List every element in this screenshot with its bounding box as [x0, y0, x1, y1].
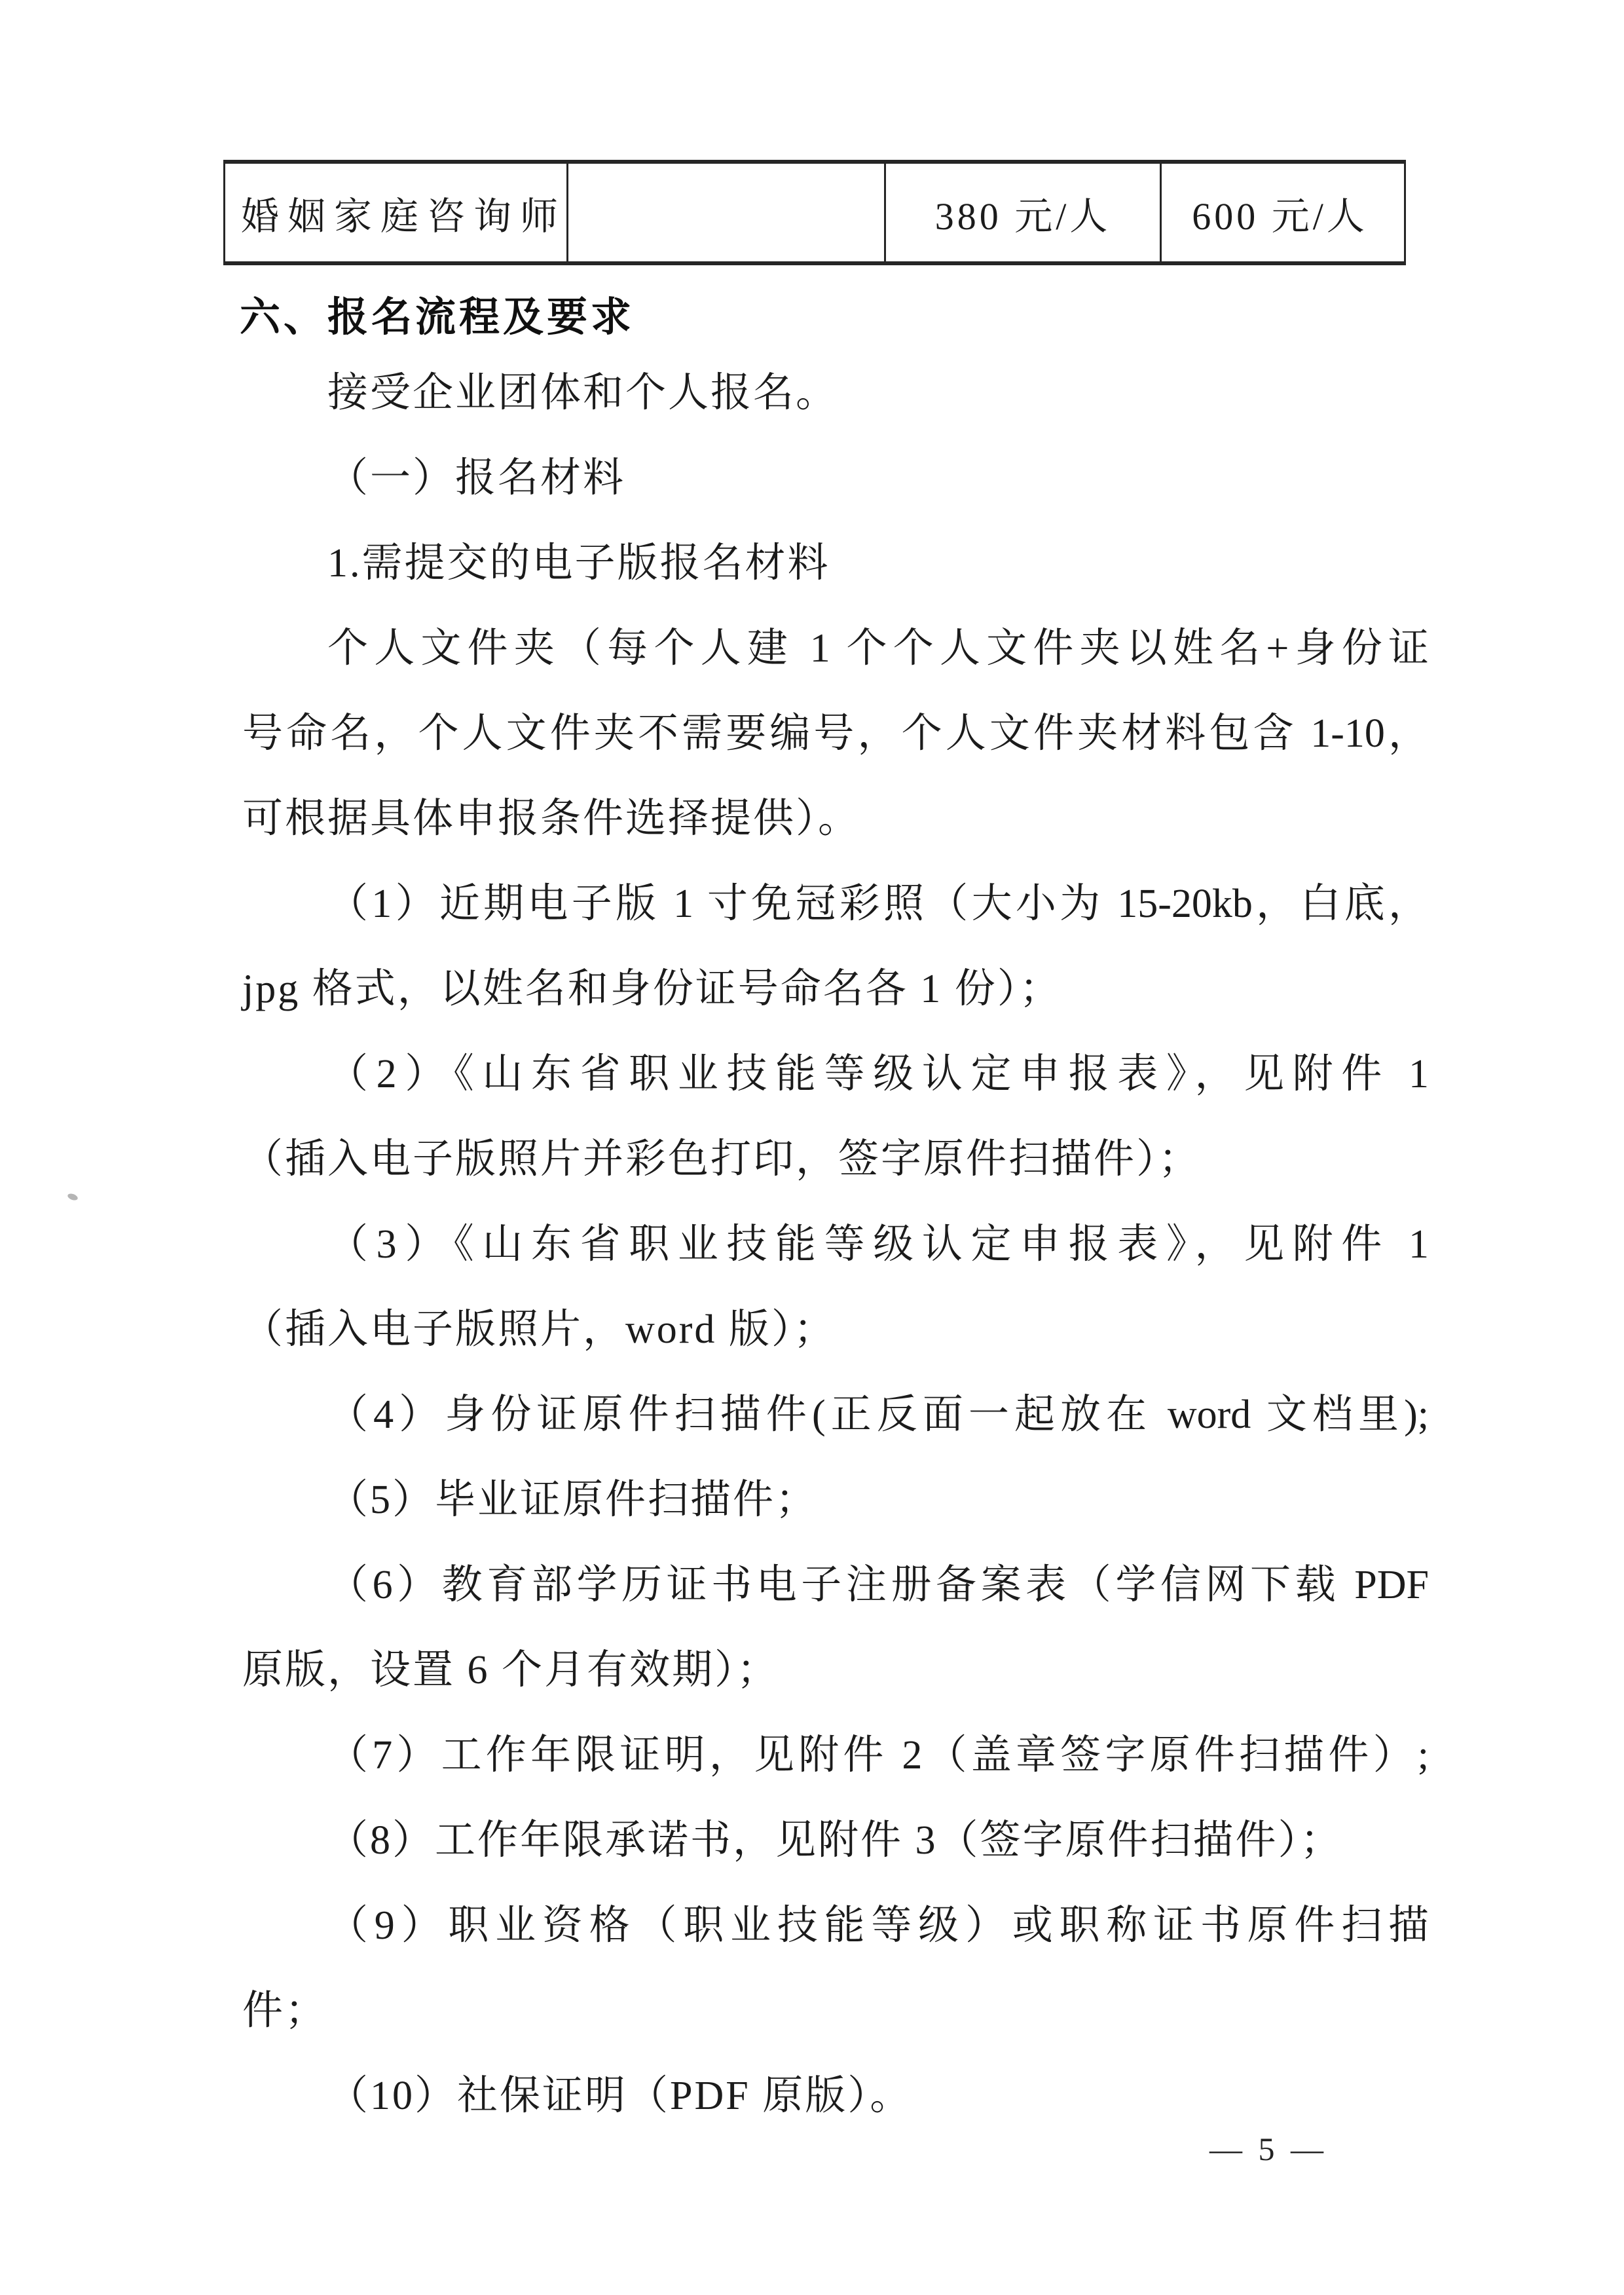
- text-line: （5）毕业证原件扫描件；: [242, 1457, 1429, 1542]
- text-line: 个人文件夹（每个人建 1 个个人文件夹以姓名+身份证: [242, 606, 1429, 691]
- text-line: （7）工作年限证明，见附件 2（盖章签字原件扫描件）;: [242, 1713, 1429, 1798]
- text-line: jpg 格式，以姓名和身份证号命名各 1 份）；: [242, 946, 1429, 1032]
- body-text: 接受企业团体和个人报名。 （一）报名材料 1.需提交的电子版报名材料 个人文件夹…: [242, 350, 1429, 2138]
- text-line: （1）近期电子版 1 寸免冠彩照（大小为 15-20kb，白底，: [242, 861, 1429, 946]
- fee-table-cell-empty: [566, 164, 884, 261]
- document-page: 婚姻家庭咨询师 380 元/人 600 元/人 六、报名流程及要求 接受企业团体…: [0, 0, 1624, 2295]
- text-line: （2）《山东省职业技能等级认定申报表》，见附件 1: [242, 1032, 1429, 1117]
- text-line: 原版，设置 6 个月有效期）；: [242, 1628, 1429, 1713]
- text-line: （9）职业资格（职业技能等级）或职称证书原件扫描: [242, 1883, 1429, 1968]
- text-line: 可根据具体申报条件选择提供）。: [242, 776, 1429, 861]
- text-line: 接受企业团体和个人报名。: [242, 350, 1429, 436]
- fee-table-cell-occupation: 婚姻家庭咨询师: [225, 164, 566, 261]
- text-line: （插入电子版照片并彩色打印，签字原件扫描件）；: [242, 1117, 1429, 1202]
- fee-table-cell-price-full: 600 元/人: [1160, 164, 1398, 261]
- page-number: — 5 —: [1187, 2130, 1350, 2168]
- text-line: 件；: [242, 1968, 1429, 2053]
- text-line: （3）《山东省职业技能等级认定申报表》，见附件 1: [242, 1202, 1429, 1287]
- text-line: （一）报名材料: [242, 436, 1429, 521]
- section-heading: 六、报名流程及要求: [240, 284, 635, 343]
- text-line: 号命名，个人文件夹不需要编号，个人文件夹材料包含 1-10，: [242, 691, 1429, 776]
- text-line: （6）教育部学历证书电子注册备案表（学信网下载 PDF: [242, 1542, 1429, 1628]
- text-line: （10）社保证明（PDF 原版）。: [242, 2053, 1429, 2138]
- text-line: （4）身份证原件扫描件(正反面一起放在 word 文档里);: [242, 1372, 1429, 1457]
- fee-table-cell-price-initial: 380 元/人: [884, 164, 1160, 261]
- fee-table-row: 婚姻家庭咨询师 380 元/人 600 元/人: [223, 160, 1406, 265]
- text-line: 1.需提交的电子版报名材料: [242, 521, 1429, 606]
- text-line: （8）工作年限承诺书，见附件 3（签字原件扫描件）；: [242, 1798, 1429, 1883]
- scan-speck-artifact: [67, 1193, 79, 1202]
- text-line: （插入电子版照片，word 版）；: [242, 1287, 1429, 1372]
